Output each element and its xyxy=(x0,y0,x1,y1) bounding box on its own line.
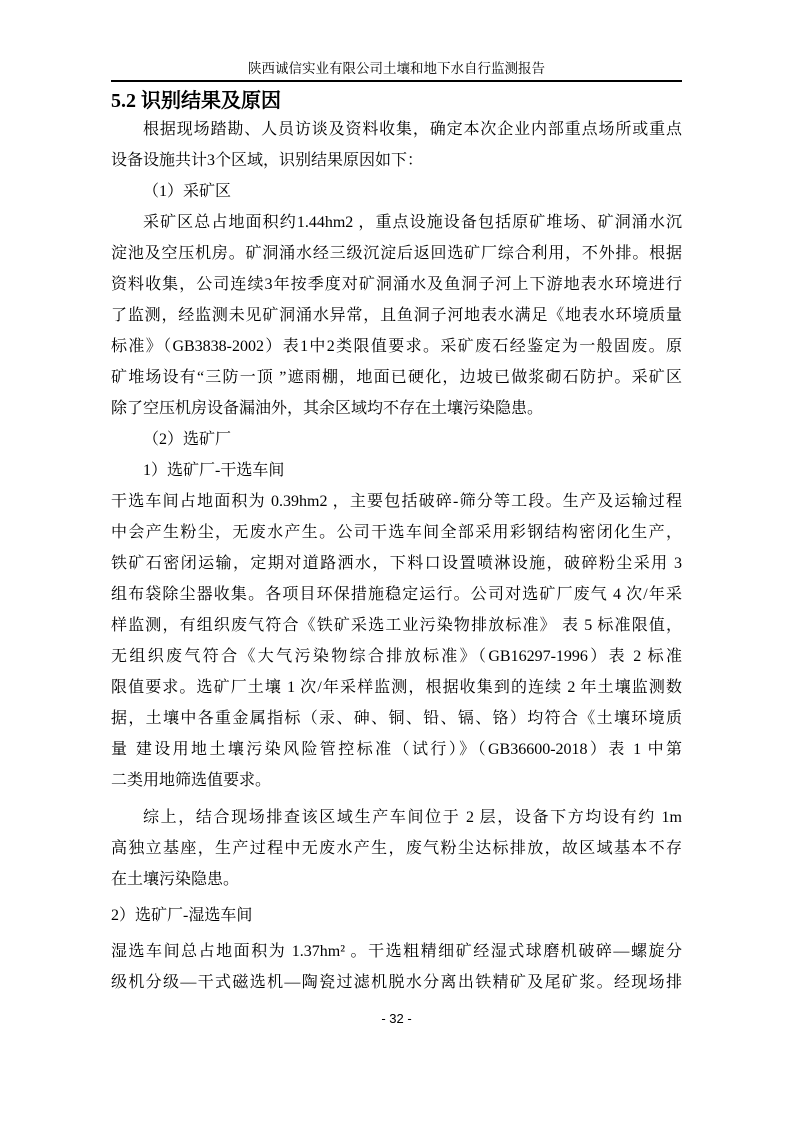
paragraph-line: 采矿区总占地面积约1.44hm2 ，重点设施设备包括原矿堆场、矿洞涌水沉 xyxy=(111,207,682,238)
running-header-text: 陕西诚信实业有限公司土壤和地下水自行监测报告 xyxy=(248,61,545,76)
dry-separation-paragraph: 干选车间占地面积为 0.39hm2 ，主要包括破碎-筛分等工段。生产及运输过程中… xyxy=(111,486,682,796)
document-content: 陕西诚信实业有限公司土壤和地下水自行监测报告 5.2 识别结果及原因 根据现场踏… xyxy=(111,0,682,1028)
wet-separation-paragraph: 湿选车间总占地面积为 1.37hm² 。干选粗精细矿经湿式球磨机破碎—螺旋分级机… xyxy=(111,936,682,998)
paragraph-line: 了监测，经监测未见矿洞涌水异常，且鱼洞子河地表水满足《地表水环境质量 xyxy=(111,300,682,331)
paragraph-line: 1）选矿厂-干选车间 xyxy=(111,455,682,486)
item-2-concentrator-heading: （2）选矿厂 xyxy=(111,424,682,455)
paragraph-line: 干选车间占地面积为 0.39hm2 ，主要包括破碎-筛分等工段。生产及运输过程 xyxy=(111,486,682,517)
paragraph-line: 中会产生粉尘，无废水产生。公司干选车间全部采用彩钢结构密闭化生产， xyxy=(111,517,682,548)
paragraph-line: 设备设施共计3个区域，识别结果原因如下： xyxy=(111,145,682,176)
paragraph-line: （2）选矿厂 xyxy=(111,424,682,455)
summary-paragraph: 综上，结合现场排查该区域生产车间位于 2 层，设备下方均设有约 1m高独立基座，… xyxy=(111,802,682,895)
paragraph-line: 在土壤污染隐患。 xyxy=(111,864,682,895)
paragraph-line: 淀池及空压机房。矿洞涌水经三级沉淀后返回选矿厂综合利用，不外排。根据 xyxy=(111,238,682,269)
running-header: 陕西诚信实业有限公司土壤和地下水自行监测报告 xyxy=(111,0,682,82)
paragraph-line: 2）选矿厂-湿选车间 xyxy=(111,900,682,931)
paragraph-line: 标准》（GB3838-2002）表1中2类限值要求。采矿废石经鉴定为一般固废。原 xyxy=(111,331,682,362)
paragraph-line: 铁矿石密闭运输，定期对道路洒水，下料口设置喷淋设施，破碎粉尘采用 3 xyxy=(111,548,682,579)
intro-paragraph: 根据现场踏勘、人员访谈及资料收集，确定本次企业内部重点场所或重点设备设施共计3个… xyxy=(111,114,682,176)
wet-separation-subheading: 2）选矿厂-湿选车间 xyxy=(111,900,682,931)
paragraph-line: （1）采矿区 xyxy=(111,176,682,207)
paragraph-line: 湿选车间总占地面积为 1.37hm² 。干选粗精细矿经湿式球磨机破碎—螺旋分 xyxy=(111,936,682,967)
paragraph-line: 矿堆场设有“三防一顶 ”遮雨棚，地面已硬化，边坡已做浆砌石防护。采矿区 xyxy=(111,362,682,393)
paragraph-line: 高独立基座，生产过程中无废水产生，废气粉尘达标排放，故区域基本不存 xyxy=(111,833,682,864)
paragraph-line: 限值要求。选矿厂土壤 1 次/年采样监测，根据收集到的连续 2 年土壤监测数 xyxy=(111,672,682,703)
paragraph-line: 据，土壤中各重金属指标（汞、砷、铜、铅、镉、铬）均符合《土壤环境质 xyxy=(111,703,682,734)
paragraph-line: 二类用地筛选值要求。 xyxy=(111,765,682,796)
item-1-mining-area-heading: （1）采矿区 xyxy=(111,176,682,207)
paragraph-line: 除了空压机房设备漏油外，其余区域均不存在土壤污染隐患。 xyxy=(111,393,682,424)
mining-area-paragraph: 采矿区总占地面积约1.44hm2 ，重点设施设备包括原矿堆场、矿洞涌水沉淀池及空… xyxy=(111,207,682,424)
paragraph-line: 资料收集，公司连续3年按季度对矿洞涌水及鱼洞子河上下游地表水环境进行 xyxy=(111,269,682,300)
document-page: 陕西诚信实业有限公司土壤和地下水自行监测报告 5.2 识别结果及原因 根据现场踏… xyxy=(0,0,793,1122)
document-paragraphs: 根据现场踏勘、人员访谈及资料收集，确定本次企业内部重点场所或重点设备设施共计3个… xyxy=(111,114,682,998)
paragraph-line: 根据现场踏勘、人员访谈及资料收集，确定本次企业内部重点场所或重点 xyxy=(111,114,682,145)
paragraph-line: 组布袋除尘器收集。各项目环保措施稳定运行。公司对选矿厂废气 4 次/年采 xyxy=(111,579,682,610)
paragraph-line: 样监测，有组织废气符合《铁矿采选工业污染物排放标准》 表 5 标准限值， xyxy=(111,610,682,641)
paragraph-line: 量 建设用地土壤污染风险管控标准（试行）》（GB36600-2018）表 1 中… xyxy=(111,734,682,765)
page-number: - 32 - xyxy=(111,1010,682,1028)
paragraph-line: 综上，结合现场排查该区域生产车间位于 2 层，设备下方均设有约 1m xyxy=(111,802,682,833)
paragraph-line: 级机分级—干式磁选机—陶瓷过滤机脱水分离出铁精矿及尾矿浆。经现场排 xyxy=(111,967,682,998)
section-heading: 5.2 识别结果及原因 xyxy=(111,89,682,114)
paragraph-line: 无组织废气符合《大气污染物综合排放标准》（GB16297-1996）表 2 标准 xyxy=(111,641,682,672)
dry-separation-subheading: 1）选矿厂-干选车间 xyxy=(111,455,682,486)
